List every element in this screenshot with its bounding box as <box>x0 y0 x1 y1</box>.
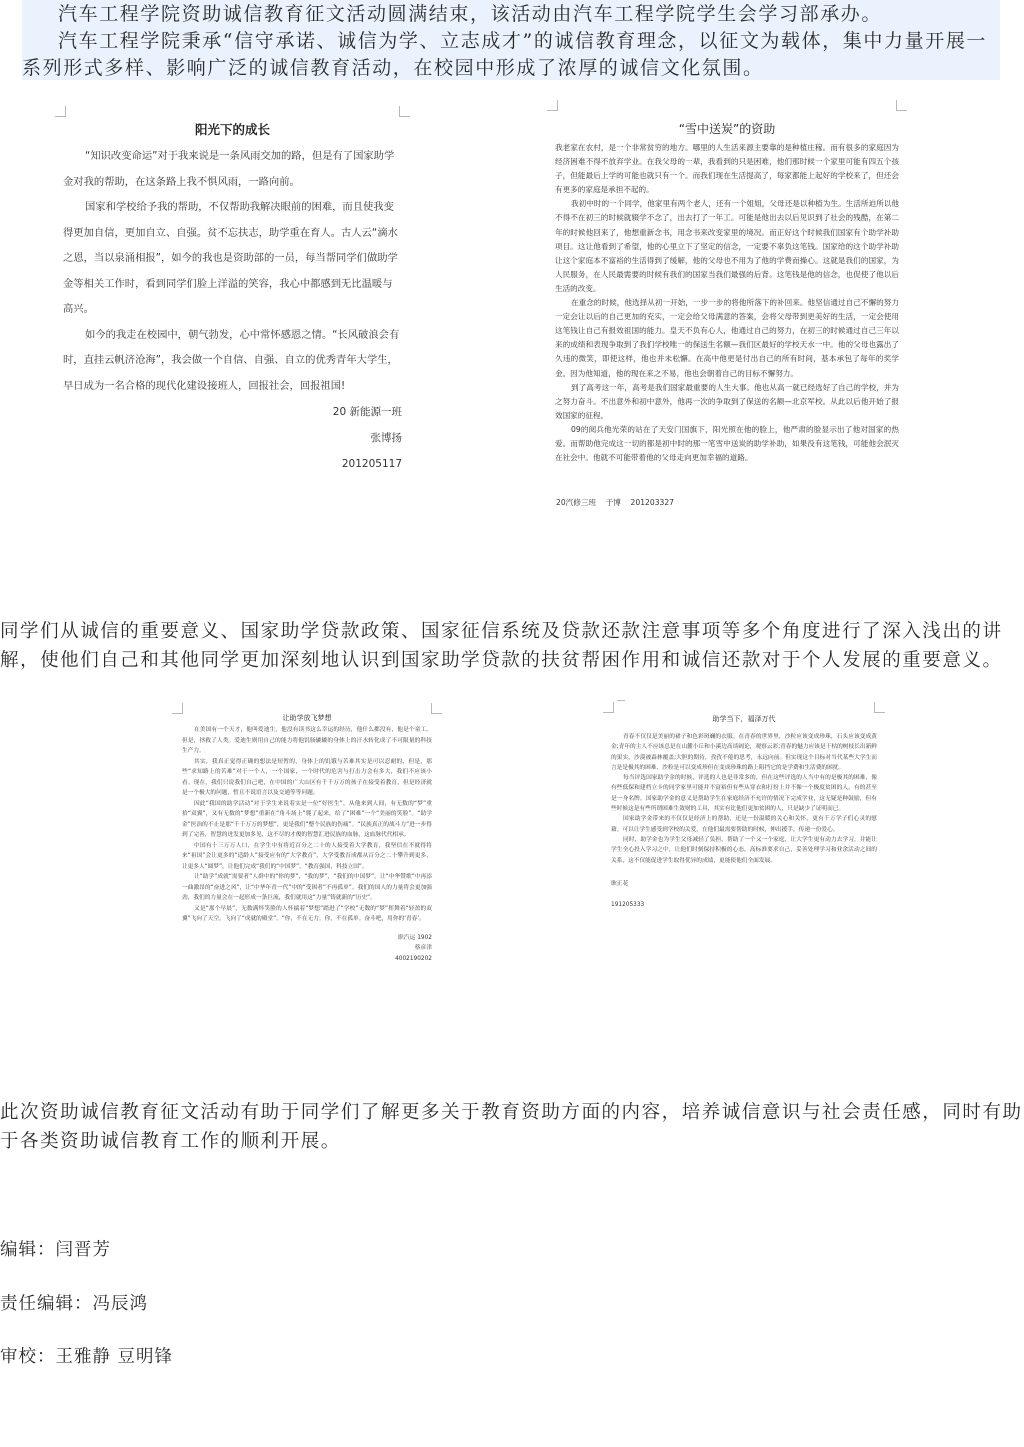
essay-paragraph: 在美国有一个天才，他叫爱迪生，他没有读书这么幸运的经历，他什么都没有，他是个童工… <box>182 725 432 757</box>
essay-student-id: 191205333 <box>603 897 885 914</box>
essay-body: 在美国有一个天才，他叫爱迪生，他没有读书这么幸运的经历，他什么都没有，他是个童工… <box>172 725 442 925</box>
essay-title: 助学当下，福泽万代 <box>603 714 885 724</box>
essay-paragraph: 又是“那个早晨”，无数满怀笑脸的人怀揣着“梦想”踏进了“学校”无数的“梦”挥舞着… <box>182 904 432 925</box>
essay-title: “雪中送炭”的资助 <box>547 120 907 137</box>
crop-mark-icon <box>431 703 442 714</box>
essay-class: 20 新能源一班 <box>55 399 410 425</box>
essay-paragraph: 让“助学”成就“需要者”人群中的“你的梦”，“我的梦”，“我们的中国梦”。让“中… <box>182 872 432 904</box>
essay-paragraph: 同时，助学金也为学生父母减轻了负担，帮助了一个又一个家庭，让大学生更有动力去学习… <box>611 835 877 866</box>
crop-mark-icon <box>55 106 66 117</box>
essay-student-id: 4002190202 <box>172 954 442 965</box>
essay-paragraph: 青春不仅仅是美丽的裙子和色彩斑斓的衣服。在青春的世界里，沙粒应该变成珍珠，石头应… <box>611 732 877 773</box>
intro-line-1: 汽车工程学院资助诚信教育征文活动圆满结束，该活动由汽车工程学院学生会学习部承办。 <box>22 0 1000 28</box>
intro-block: 汽车工程学院资助诚信教育征文活动圆满结束，该活动由汽车工程学院学生会学习部承办。… <box>22 0 1000 80</box>
essay-title: 阳光下的成长 <box>55 120 410 138</box>
essay-body: 我老家在农村，是一个非常贫穷的地方。哪里的人生活来源主要靠的是种植庄稼。而有很多… <box>547 141 907 465</box>
essay-paragraph: 其实，我真正觉得正确的想法是短暂的，身体上的饥饿与苦难其实是可以忍耐的，但是，那… <box>182 757 432 799</box>
essay-body: “知识改变命运”对于我来说是一条风雨交加的路，但是有了国家助学金对我的帮助，在这… <box>55 144 410 399</box>
essay-paragraph: 如今的我走在校园中，朝气勃发，心中常怀感恩之情。“长风破浪会有时，直挂云帆济沧海… <box>63 323 402 400</box>
essay-paragraph: 到了高考这一年，高考是我们国家最重要的人生大事。他也从高一就已经选好了自己的学校… <box>555 381 899 423</box>
essay-author: 蔡彦津 <box>172 943 442 954</box>
paragraph-mid: 同学们从诚信的重要意义、国家助学贷款政策、国家征信系统及贷款还款注意事项等多个角… <box>0 617 1024 675</box>
essay-title: 让助学放飞梦想 <box>172 713 442 723</box>
essay-author: 耿正花 <box>603 876 885 893</box>
essay-paragraph: 每当评选国家助学金的时候，评选的人也是非常多的，但在这些评选的人当中有的是极其的… <box>611 773 877 814</box>
essay-student-id: 201205117 <box>55 451 410 477</box>
essay-image-2: “雪中送炭”的资助 我老家在农村，是一个非常贫穷的地方。哪里的人生活来源主要靠的… <box>547 100 907 520</box>
crop-mark-icon <box>896 100 907 111</box>
essay-author: 张博扬 <box>55 425 410 451</box>
intro-line-2: 汽车工程学院秉承“信守承诺、诚信为学、立志成才”的诚信教育理念，以征文为载体，集… <box>22 28 1000 82</box>
essay-paragraph: 中国有十三万万人口，在学生中有将近百分之二十的人接受着大学教育，我坚信在不就得将… <box>182 841 432 873</box>
essay-paragraph: “知识改变命运”对于我来说是一条风雨交加的路，但是有了国家助学金对我的帮助，在这… <box>63 144 402 195</box>
crop-mark-icon <box>603 702 614 713</box>
crop-mark-icon <box>172 703 183 714</box>
crop-mark-icon <box>399 106 410 117</box>
essay-class: 职汽运 1902 <box>172 933 442 944</box>
essay-paragraph: 我老家在农村，是一个非常贫穷的地方。哪里的人生活来源主要靠的是种植庄稼。而有很多… <box>555 141 899 197</box>
crop-mark-icon <box>547 100 558 111</box>
crop-mark-icon <box>874 702 885 713</box>
essay-paragraph: 在重念的时候，他选择从初一开始，一步一步的将他所落下的补回来。他坚信通过自己不懈… <box>555 296 899 381</box>
essay-paragraph: 国家助学金带来的不仅仅是经济上的帮助，还是一份温暖的关心和关怀，更有千万学子们心… <box>611 814 877 835</box>
essay-paragraph: 因此“我国的助学活动”对于学生来说着实是一位“好医生”，从他来到人间，有无数的“… <box>182 799 432 841</box>
essay-footer: 20汽修三班 于博 201203327 <box>556 497 674 508</box>
crop-mark-icon <box>617 700 625 701</box>
essay-paragraph: 国家和学校给予我的帮助，不仅帮助我解决眼前的困难，而且使我变得更加自信，更加自立… <box>63 195 402 323</box>
essay-image-1: 阳光下的成长 “知识改变命运”对于我来说是一条风雨交加的路，但是有了国家助学金对… <box>55 100 410 480</box>
paragraph-end: 此次资助诚信教育征文活动有助于同学们了解更多关于教育资助方面的内容，培养诚信意识… <box>0 1098 1024 1156</box>
essay-body: 青春不仅仅是美丽的裙子和色彩斑斓的衣服。在青春的世界里，沙粒应该变成珍珠，石头应… <box>603 732 885 866</box>
credit-chief-editor: 责任编辑：冯辰鸿 <box>0 1290 148 1315</box>
essay-paragraph: 09的阅兵他光荣的站在了天安门国旗下，阳光照在他的脸上，他严肃的脸显示出了他对国… <box>555 423 899 465</box>
essay-image-3: 让助学放飞梦想 在美国有一个天才，他叫爱迪生，他没有读书这么幸运的经历，他什么都… <box>172 703 442 1063</box>
credit-proofreader: 审校：王雅静 豆明锋 <box>0 1343 173 1368</box>
essay-paragraph: 我初中时的一个同学，他家里有两个老人，还有一个姐姐，父母还是以种植为生。生活所迫… <box>555 197 899 296</box>
credit-editor: 编辑：闫晋芳 <box>0 1236 111 1261</box>
essay-image-4: 助学当下，福泽万代 青春不仅仅是美丽的裙子和色彩斑斓的衣服。在青春的世界里，沙粒… <box>603 700 885 945</box>
